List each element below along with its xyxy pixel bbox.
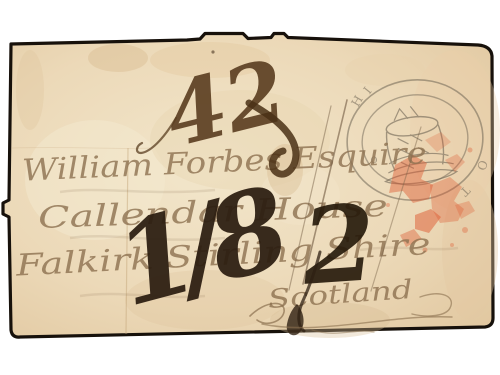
paper-stain bbox=[88, 44, 148, 72]
red-speck bbox=[450, 243, 454, 247]
rate-marking-2: 2 bbox=[297, 180, 380, 309]
ink-speck bbox=[211, 50, 214, 53]
photo-of-postal-cover: H I O T o William Forbes Esquire Callend… bbox=[0, 0, 500, 375]
cover-artwork: H I O T o William Forbes Esquire Callend… bbox=[0, 0, 500, 375]
red-speck bbox=[468, 148, 473, 153]
paper-stain bbox=[345, 54, 425, 86]
red-speck bbox=[462, 227, 468, 233]
paper-stain bbox=[16, 50, 44, 130]
